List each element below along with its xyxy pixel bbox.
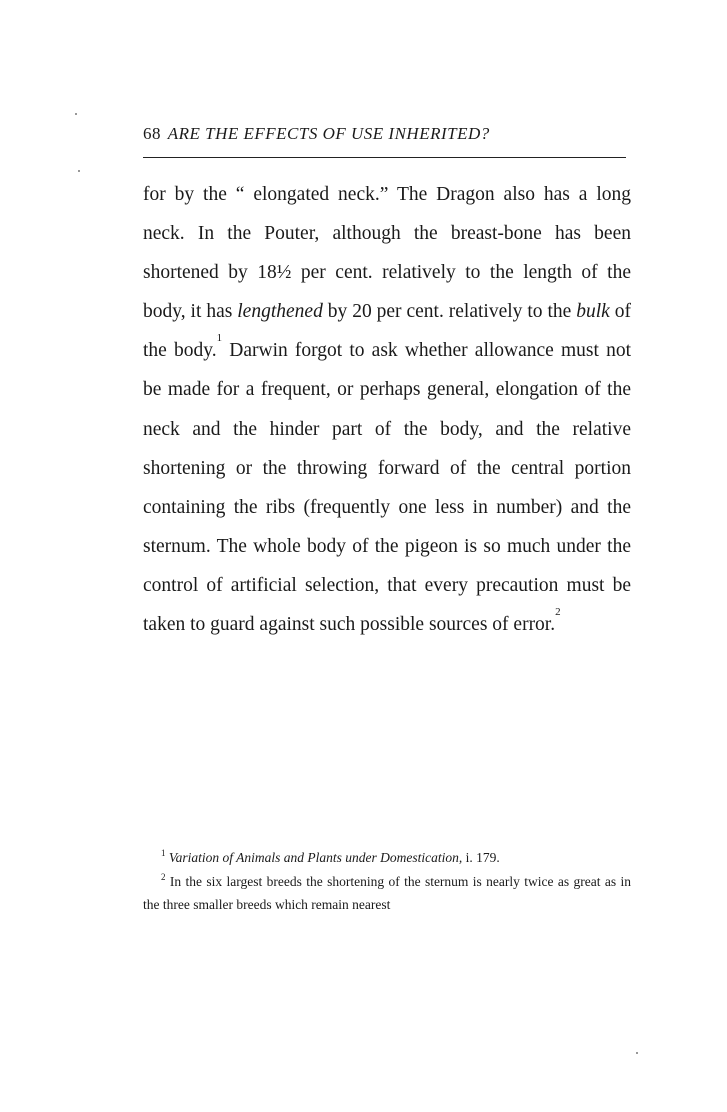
- italic-word-lengthened: lengthened: [237, 301, 323, 322]
- text-segment: by 20 per cent. relatively to the: [323, 301, 576, 322]
- footnotes: 1 Variation of Animals and Plants under …: [143, 846, 631, 917]
- footnote-1: 1 Variation of Animals and Plants under …: [143, 846, 631, 870]
- paragraph: for by the “ elongated neck.” The Dragon…: [143, 175, 631, 644]
- footnote-marker: 1: [161, 848, 166, 858]
- running-header: 68 ARE THE EFFECTS OF USE INHERITED?: [143, 124, 626, 144]
- scan-speck: [75, 113, 77, 115]
- text-segment: Darwin forgot to ask whether allowance m…: [143, 340, 631, 635]
- page-number: 68: [143, 124, 161, 143]
- footnote-2: 2 In the six largest breeds the shorteni…: [143, 870, 631, 917]
- italic-word-bulk: bulk: [576, 301, 610, 322]
- footnote-ref-2: 2: [555, 606, 561, 618]
- running-title: ARE THE EFFECTS OF USE INHERITED?: [168, 124, 490, 143]
- scan-speck: [78, 170, 80, 172]
- footnote-title: Variation of Animals and Plants under Do…: [169, 850, 462, 865]
- scan-speck: [636, 1052, 638, 1054]
- footnote-ref-1: 1: [217, 332, 223, 344]
- header-rule: [143, 157, 626, 158]
- body-text: for by the “ elongated neck.” The Dragon…: [143, 175, 631, 644]
- footnote-text: i. 179.: [462, 850, 500, 865]
- footnote-marker: 2: [161, 872, 166, 882]
- footnote-text: In the six largest breeds the shortening…: [143, 874, 631, 913]
